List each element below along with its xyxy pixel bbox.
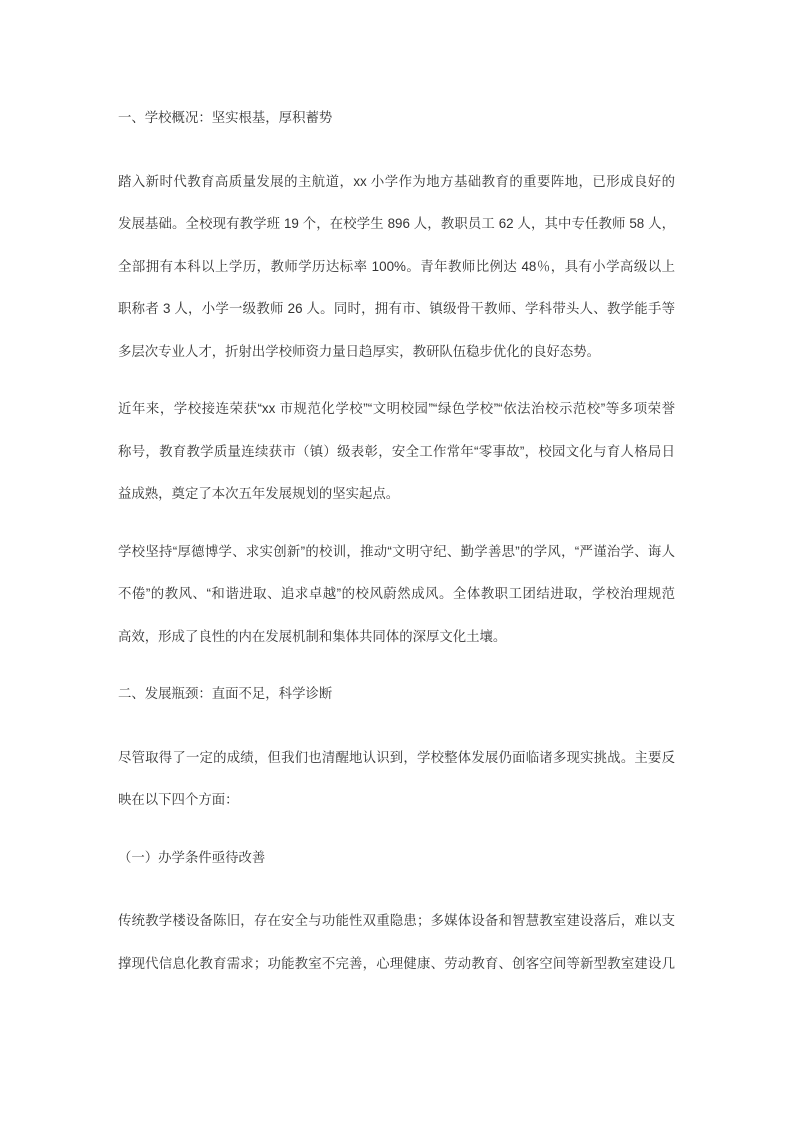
- paragraph-culture: 学校坚持“厚德博学、求实创新”的校训，推动“文明守纪、勤学善思”的学风，“严谨治…: [118, 531, 675, 659]
- text-line: 踏入新时代教育高质量发展的主航道，xx 小学作为地方基础教育的重要阵地，已形成良…: [118, 161, 675, 204]
- text-line: 益成熟，奠定了本次五年发展规划的坚实起点。: [118, 473, 675, 516]
- text-line: 学校坚持“厚德博学、求实创新”的校训，推动“文明守纪、勤学善思”的学风，“严谨治…: [118, 531, 675, 574]
- text-line: 近年来，学校接连荣获“xx 市规范化学校”“文明校园”“绿色学校”“依法治校示范…: [118, 388, 675, 431]
- text-line: 全部拥有本科以上学历，教师学历达标率 100%。青年教师比例达 48％，具有小学…: [118, 246, 675, 289]
- text-line: 映在以下四个方面：: [118, 779, 675, 822]
- text-line: 不倦”的教风、“和谐进取、追求卓越”的校风蔚然成风。全体教职工团结进取，学校治理…: [118, 573, 675, 616]
- paragraph-facilities: 传统教学楼设备陈旧，存在安全与功能性双重隐患；多媒体设备和智慧教室建设落后，难以…: [118, 900, 675, 985]
- paragraph-challenges-intro: 尽管取得了一定的成绩，但我们也清醒地认识到，学校整体发展仍面临诸多现实挑战。主要…: [118, 737, 675, 822]
- section-heading-2: 二、发展瓶颈：直面不足，科学诊断: [118, 673, 675, 716]
- text-line: 二、发展瓶颈：直面不足，科学诊断: [118, 673, 675, 716]
- text-line: 传统教学楼设备陈旧，存在安全与功能性双重隐患；多媒体设备和智慧教室建设落后，难以…: [118, 900, 675, 943]
- text-line: （一）办学条件亟待改善: [118, 837, 675, 880]
- section-heading-1: 一、学校概况：坚实根基，厚积蓄势: [118, 97, 675, 140]
- text-line: 尽管取得了一定的成绩，但我们也清醒地认识到，学校整体发展仍面临诸多现实挑战。主要…: [118, 737, 675, 780]
- paragraph-honors: 近年来，学校接连荣获“xx 市规范化学校”“文明校园”“绿色学校”“依法治校示范…: [118, 388, 675, 516]
- document-page: 一、学校概况：坚实根基，厚积蓄势踏入新时代教育高质量发展的主航道，xx 小学作为…: [0, 0, 793, 1122]
- text-line: 一、学校概况：坚实根基，厚积蓄势: [118, 97, 675, 140]
- paragraph-school-overview: 踏入新时代教育高质量发展的主航道，xx 小学作为地方基础教育的重要阵地，已形成良…: [118, 161, 675, 374]
- text-line: 发展基础。全校现有教学班 19 个，在校学生 896 人，教职员工 62 人，其…: [118, 203, 675, 246]
- text-line: 高效，形成了良性的内在发展机制和集体共同体的深厚文化土壤。: [118, 616, 675, 659]
- text-line: 多层次专业人才，折射出学校师资力量日趋厚实，教研队伍稳步优化的良好态势。: [118, 331, 675, 374]
- text-line: 称号，教育教学质量连续获市（镇）级表彰，安全工作常年“零事故”，校园文化与育人格…: [118, 431, 675, 474]
- text-line: 职称者 3 人，小学一级教师 26 人。同时，拥有市、镇级骨干教师、学科带头人、…: [118, 288, 675, 331]
- text-line: 撑现代信息化教育需求；功能教室不完善，心理健康、劳动教育、创客空间等新型教室建设…: [118, 943, 675, 986]
- subsection-heading-1: （一）办学条件亟待改善: [118, 837, 675, 880]
